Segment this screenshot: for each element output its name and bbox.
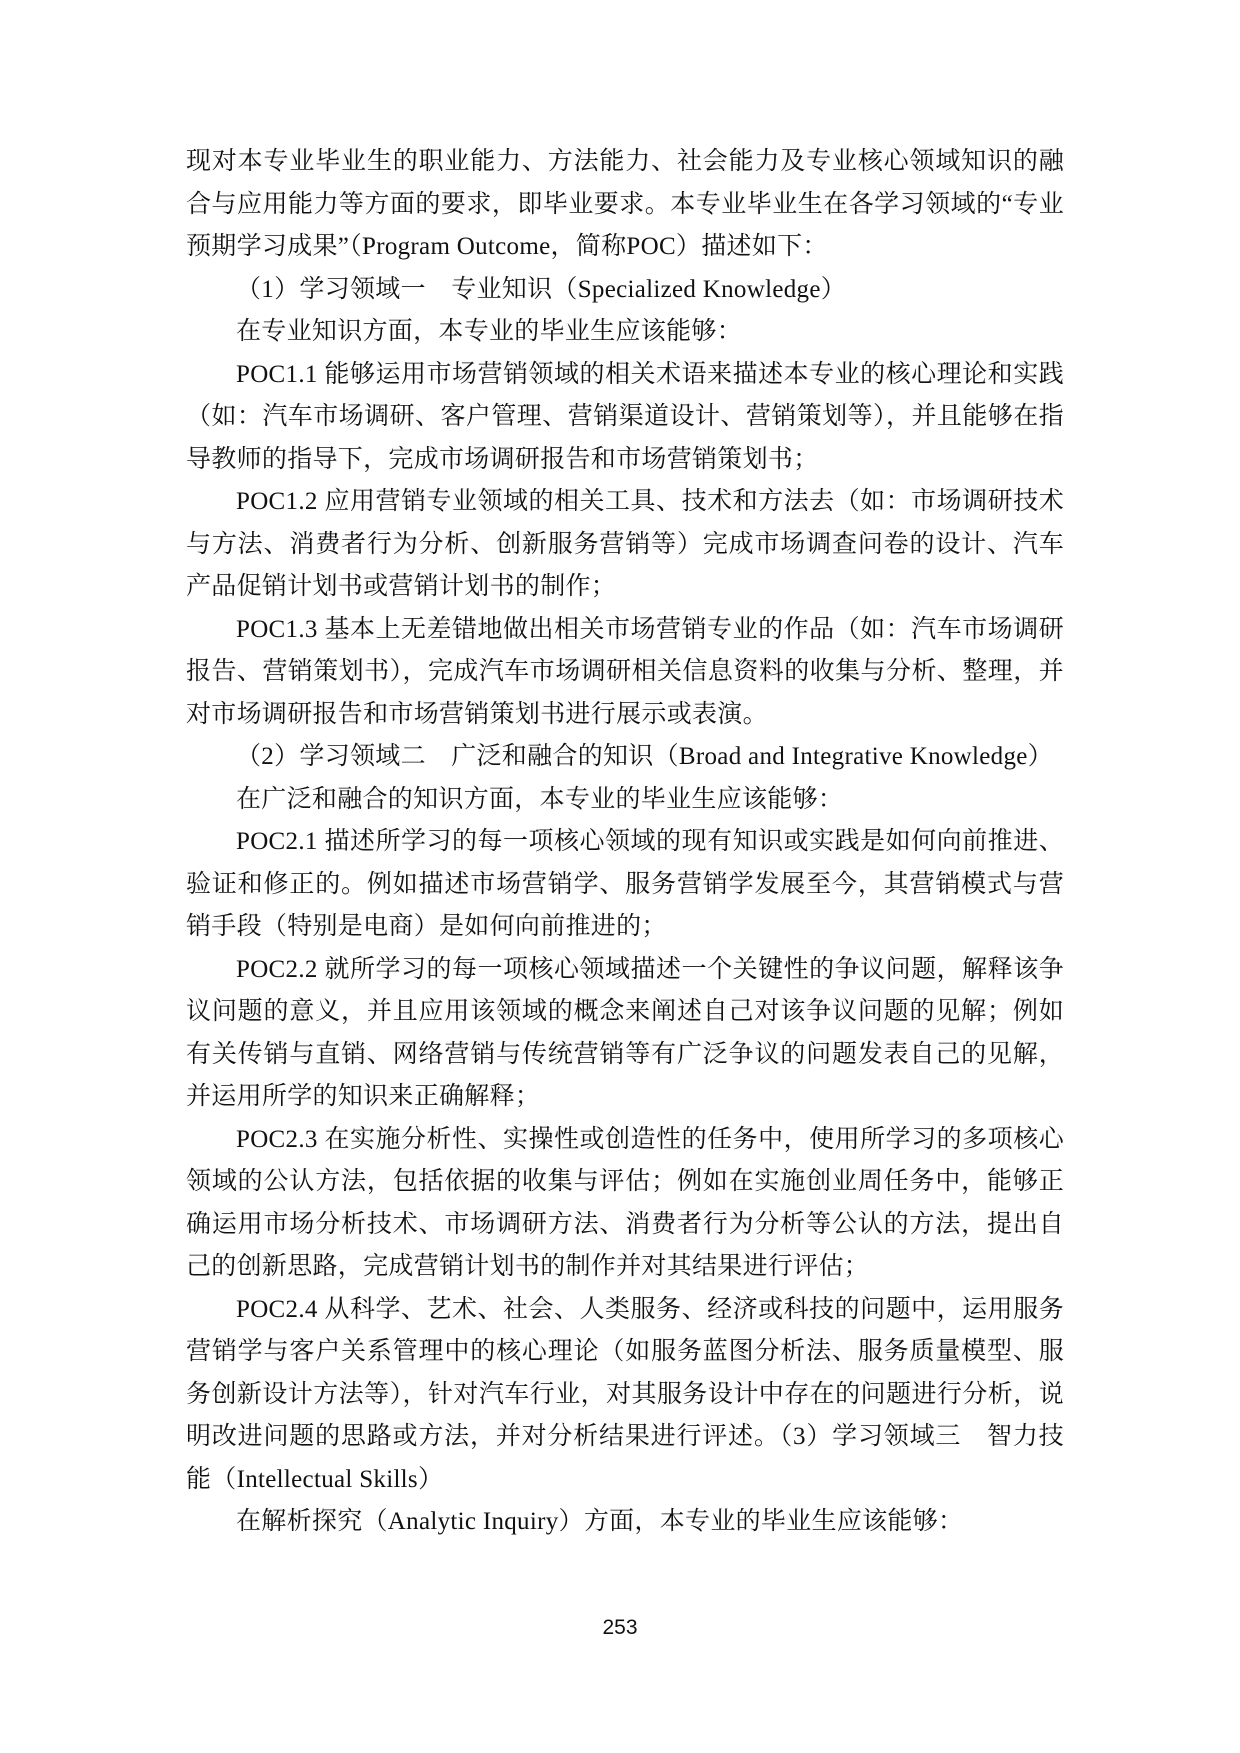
paragraph-poc1-3: POC1.3 基本上无差错地做出相关市场营销专业的作品（如：汽车市场调研报告、营… (186, 609, 1064, 737)
paragraph-heading-area2: （2）学习领域二 广泛和融合的知识（Broad and Integrative … (186, 736, 1064, 779)
paragraph-poc2-1: POC2.1 描述所学习的每一项核心领域的现有知识或实践是如何向前推进、验证和修… (186, 821, 1064, 949)
page-number: 253 (0, 1616, 1240, 1640)
paragraph-poc2-3: POC2.3 在实施分析性、实操性或创造性的任务中，使用所学习的多项核心领域的公… (186, 1119, 1064, 1289)
paragraph-poc1-2: POC1.2 应用营销专业领域的相关工具、技术和方法去（如：市场调研技术与方法、… (186, 481, 1064, 609)
paragraph-poc2-2: POC2.2 就所学习的每一项核心领域描述一个关键性的争议问题，解释该争议问题的… (186, 949, 1064, 1119)
paragraph-poc2-4: POC2.4 从科学、艺术、社会、人类服务、经济或科技的问题中，运用服务营销学与… (186, 1289, 1064, 1502)
paragraph-heading-area1: （1）学习领域一 专业知识（Specialized Knowledge） (186, 269, 1064, 312)
document-body: 现对本专业毕业生的职业能力、方法能力、社会能力及专业核心领域知识的融合与应用能力… (186, 141, 1064, 1544)
document-page: 现对本专业毕业生的职业能力、方法能力、社会能力及专业核心领域知识的融合与应用能力… (0, 0, 1240, 1753)
paragraph-intro: 现对本专业毕业生的职业能力、方法能力、社会能力及专业核心领域知识的融合与应用能力… (186, 141, 1064, 269)
paragraph-area1-lead: 在专业知识方面，本专业的毕业生应该能够： (186, 311, 1064, 354)
paragraph-area2-lead: 在广泛和融合的知识方面，本专业的毕业生应该能够： (186, 779, 1064, 822)
paragraph-area3-lead: 在解析探究（Analytic Inquiry）方面，本专业的毕业生应该能够： (186, 1501, 1064, 1544)
paragraph-poc1-1: POC1.1 能够运用市场营销领域的相关术语来描述本专业的核心理论和实践（如：汽… (186, 354, 1064, 482)
